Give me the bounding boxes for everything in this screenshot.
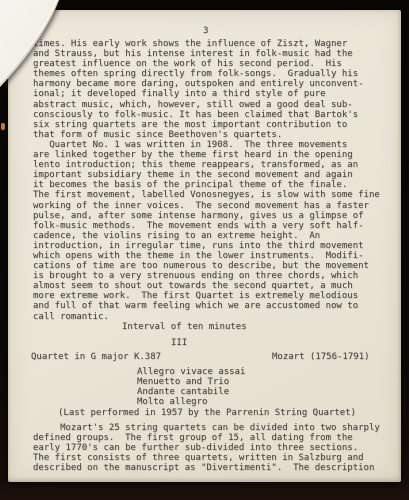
composer-name: Mozart (1756-1791) [272,352,370,362]
last-performed-note: (Last performed in 1957 by the Parrenin … [58,408,356,418]
program-body-text: times. His early work shows the influenc… [33,39,380,322]
page-number: 3 [203,26,208,36]
interval-note: Interval of ten minutes [122,322,247,332]
movement-list: Allegro vivace assai Menuetto and Trio A… [137,367,245,407]
folded-page-corner-icon [0,0,70,95]
program-notes-paragraph: Mozart's 25 string quartets can be divid… [33,423,380,473]
work-title: Quartet in G major K.387 [31,352,161,362]
section-numeral: III [171,338,187,348]
photo-background: 3 times. His early work shows the influe… [0,0,409,500]
paper-edge-mark [1,123,5,130]
